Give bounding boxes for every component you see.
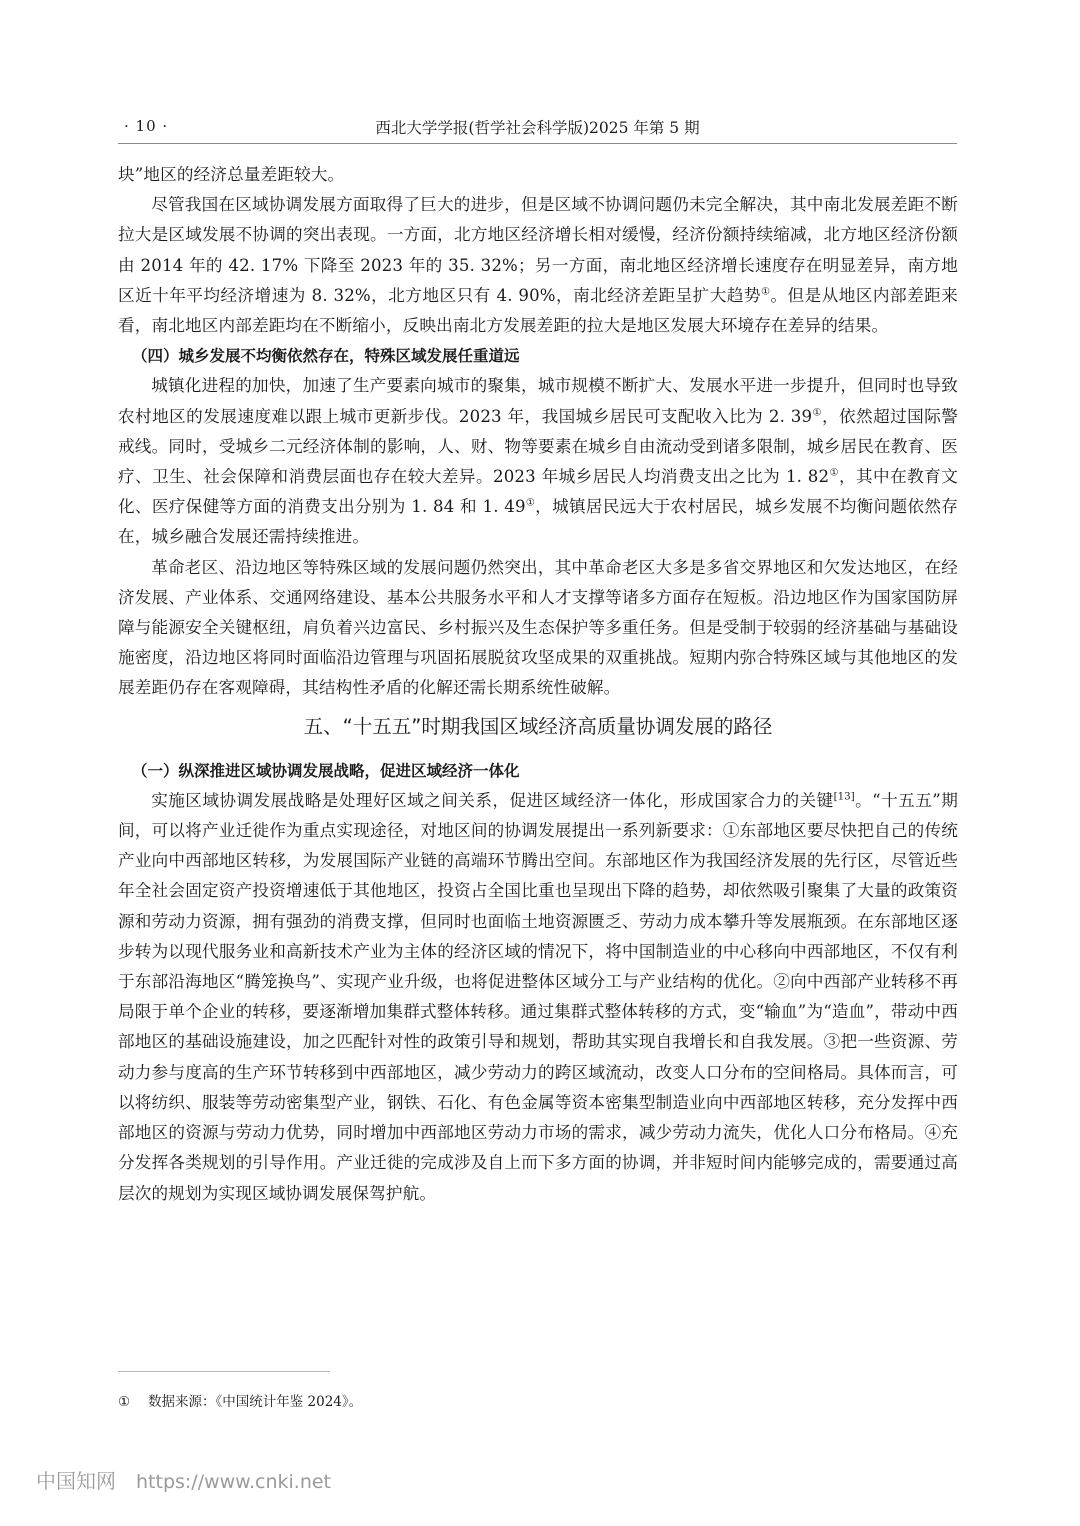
footnote-marker[interactable]: ① [526,498,535,509]
paragraph-urban-rural: 城镇化进程的加快，加速了生产要素向城市的聚集，城市规模不断扩大、发展水平进一步提… [118,371,958,552]
paragraph-north-south-gap: 尽管我国在区域协调发展方面取得了巨大的进步，但是区域不协调问题仍未完全解决，其中… [118,190,958,341]
footnote-marker[interactable]: ① [812,407,822,418]
running-header: · 10 · 西北大学学报(哲学社会科学版)2025 年第 5 期 [118,113,957,143]
footnote-mark: ① [118,1394,148,1410]
footnote-text: 数据来源：《中国统计年鉴 2024》。 [148,1394,362,1410]
paragraph-text: 实施区域协调发展战略是处理好区域之间关系，促进区域经济一体化，形成国家合力的关键 [151,791,833,810]
footnote-marker[interactable]: ① [829,468,839,479]
citation-marker[interactable]: [13] [834,791,855,802]
subheading-4: （四）城乡发展不均衡依然存在，特殊区域发展任重道远 [118,341,958,371]
watermark-url: https://www.cnki.net [136,1471,331,1493]
cnki-watermark: 中国知网https://www.cnki.net [36,1465,331,1494]
section-title-5: 五、“十五五”时期我国区域经济高质量协调发展的路径 [118,704,958,756]
journal-title: 西北大学学报(哲学社会科学版)2025 年第 5 期 [118,116,957,138]
header-divider [118,143,957,144]
watermark-name: 中国知网 [36,1469,116,1493]
footnote: ①数据来源：《中国统计年鉴 2024》。 [118,1390,362,1410]
paragraph-continued: 块”地区的经济总量差距较大。 [118,160,958,190]
paragraph-regional-strategy: 实施区域协调发展战略是处理好区域之间关系，促进区域经济一体化，形成国家合力的关键… [118,786,958,1209]
footnote-divider [118,1371,330,1372]
paragraph-text: 。“十五五”期间，可以将产业迁徙作为重点实现途径，对地区间的协调发展提出一系列新… [118,791,958,1203]
subheading-1: （一）纵深推进区域协调发展战略，促进区域经济一体化 [118,756,958,786]
paragraph-special-regions: 革命老区、沿边地区等特殊区域的发展问题仍然突出，其中革命老区大多是多省交界地区和… [118,553,958,704]
article-body: 块”地区的经济总量差距较大。 尽管我国在区域协调发展方面取得了巨大的进步，但是区… [118,160,958,1209]
